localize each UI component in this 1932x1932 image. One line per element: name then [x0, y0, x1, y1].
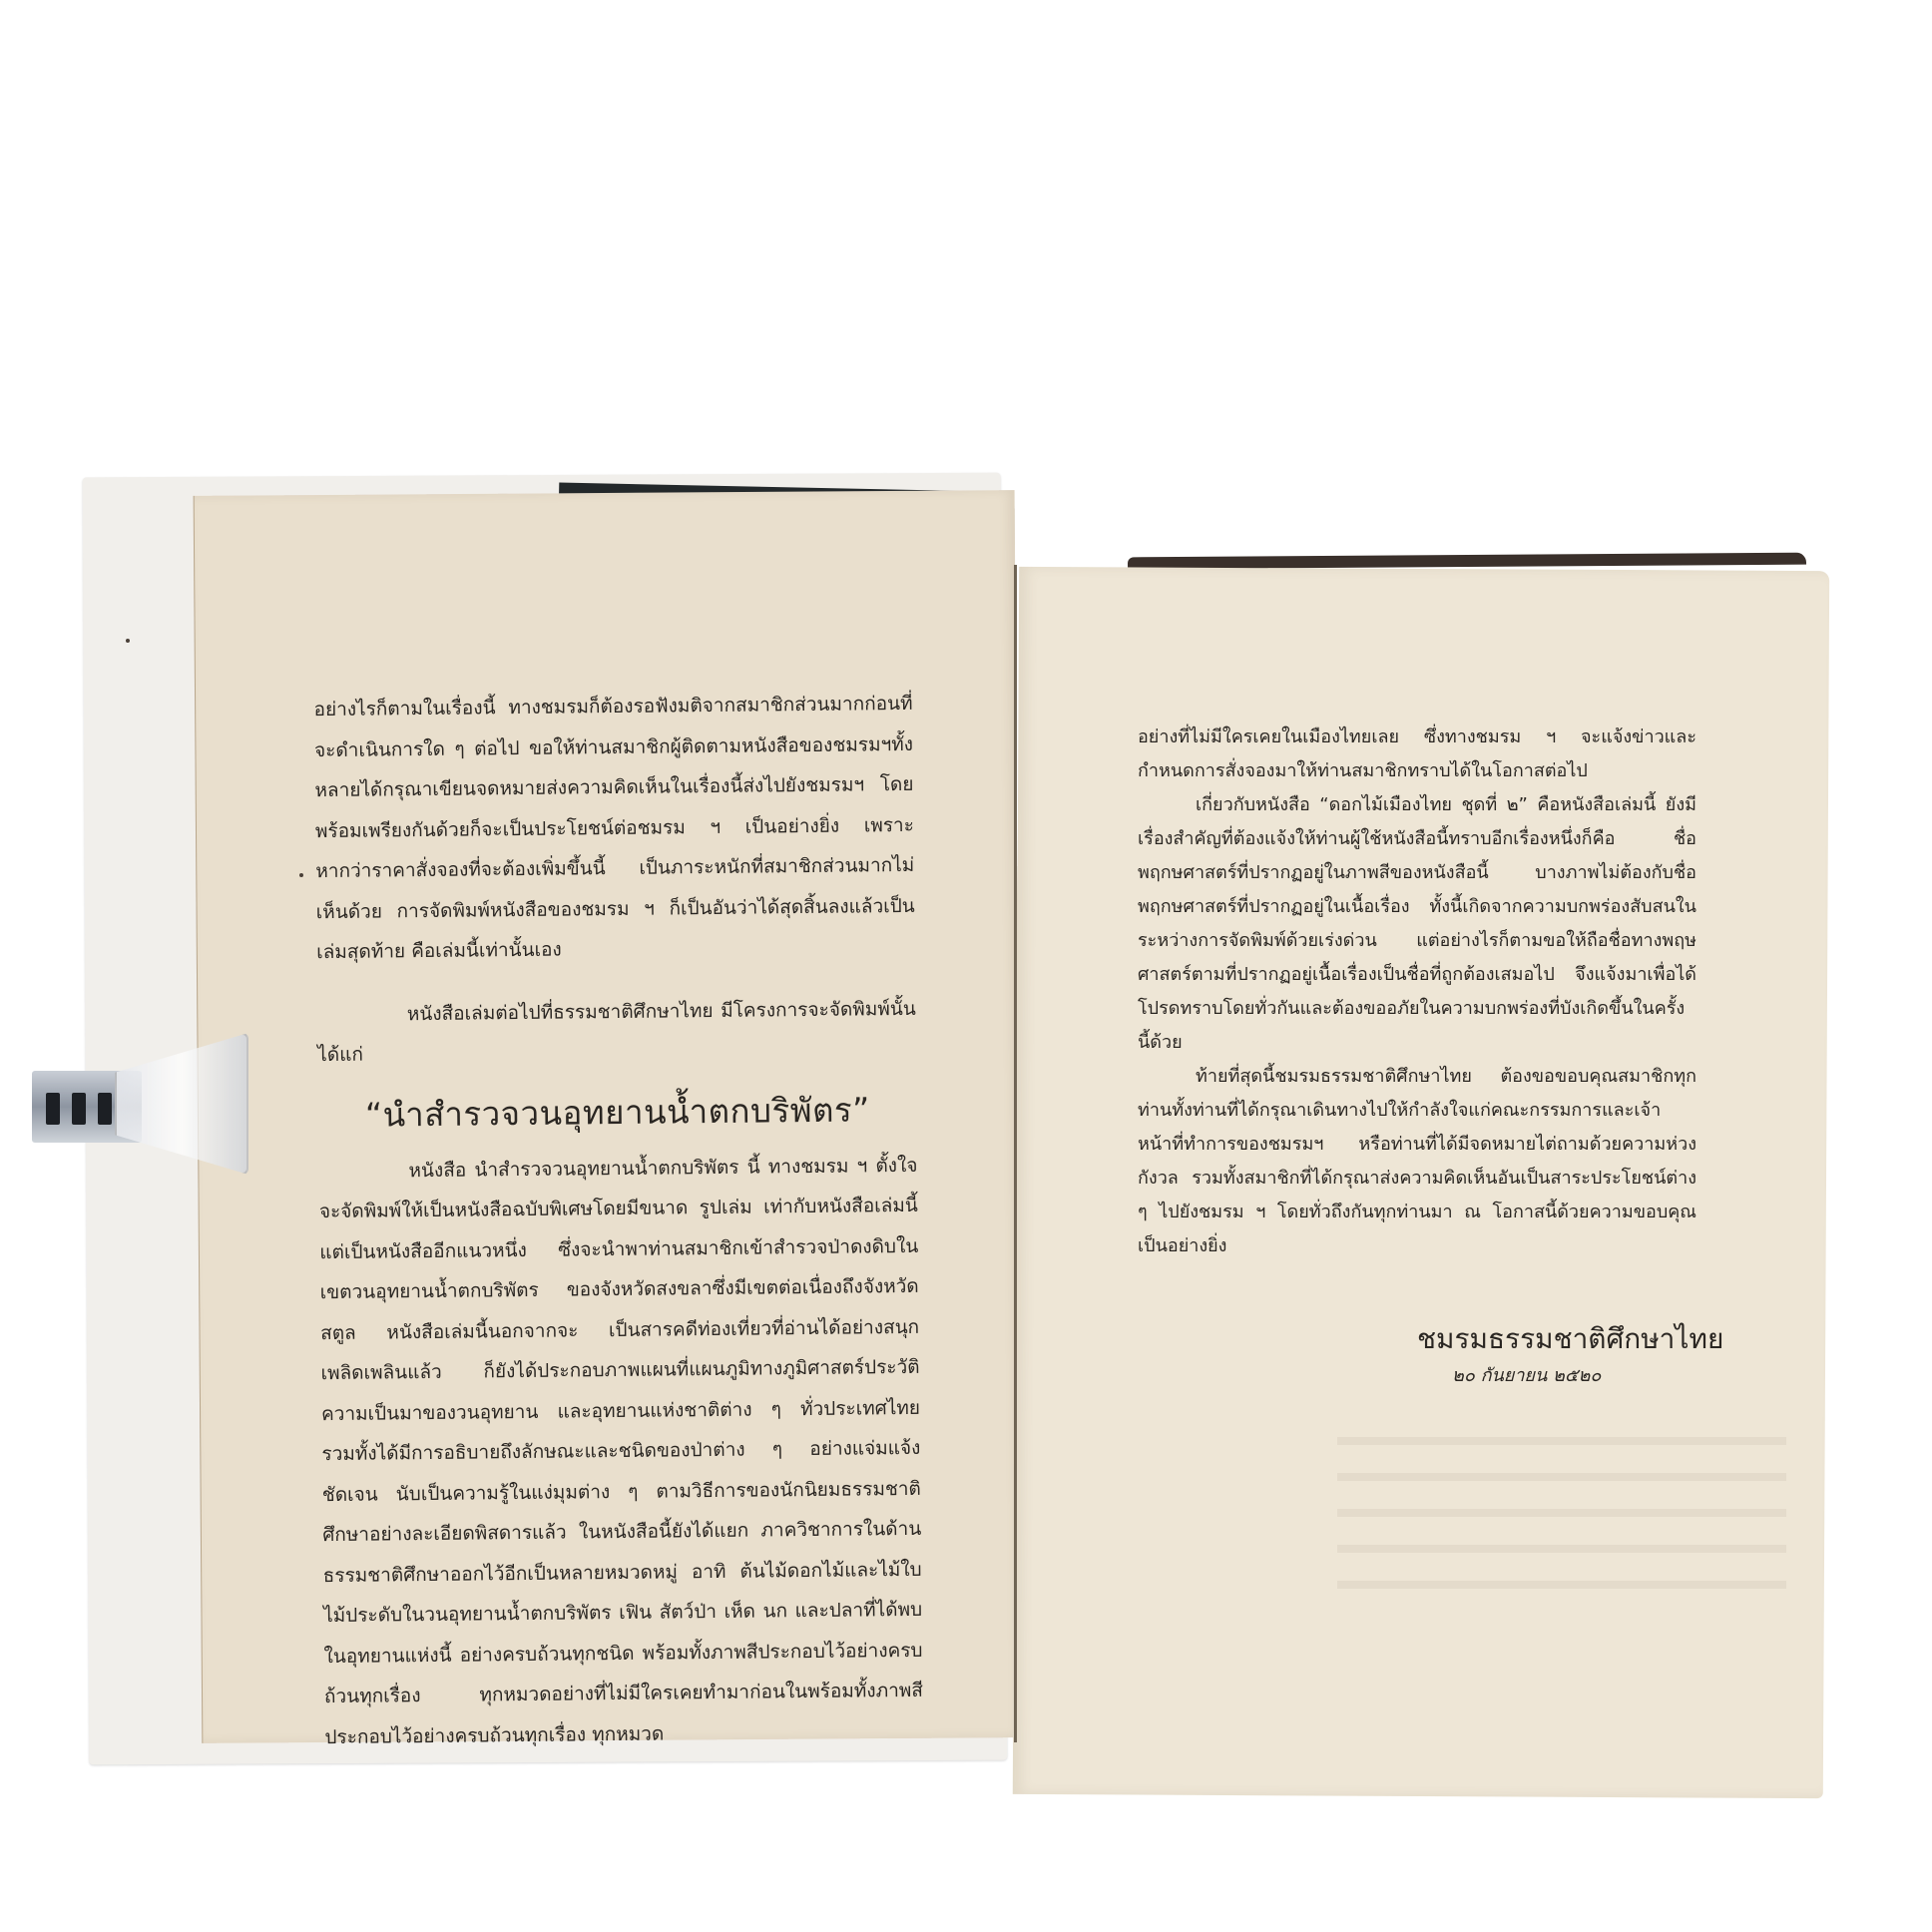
left-page-text: อย่างไรก็ตามในเรื่องนี้ ทางชมรมก็ต้องรอฟ… [313, 684, 923, 1757]
clip-slot [46, 1093, 60, 1125]
right-paragraph-1: อย่างที่ไม่มีใครเคยในเมืองไทยเลย ซึ่งทาง… [1138, 721, 1696, 788]
right-paragraph-2: เกี่ยวกับหนังสือ “ดอกไม้เมืองไทย ชุดที่ … [1138, 788, 1696, 1060]
book-clip-icon [20, 1033, 220, 1173]
left-paragraph-2: หนังสือเล่มต่อไปที่ธรรมชาติศึกษาไทย มีโค… [317, 988, 917, 1075]
clip-slot [72, 1093, 86, 1125]
right-page-text: อย่างที่ไม่มีใครเคยในเมืองไทยเลย ซึ่งทาง… [1138, 721, 1696, 1263]
right-paragraph-3: ท้ายที่สุดนี้ชมรมธรรมชาติศึกษาไทย ต้องขอ… [1138, 1060, 1696, 1263]
left-paragraph-1: อย่างไรก็ตามในเรื่องนี้ ทางชมรมก็ต้องรอฟ… [313, 684, 915, 973]
clip-plastic [115, 1033, 248, 1175]
book-gutter [1014, 565, 1017, 1742]
paper-speck [299, 873, 303, 877]
signature-date: ๒๐ กันยายน ๒๕๒๐ [1452, 1360, 1601, 1389]
left-paragraph-3: หนังสือ นำสำรวจวนอุทยานน้ำตกบริพัตร นี้ … [318, 1145, 923, 1757]
show-through-text [1337, 1437, 1786, 1607]
clip-slot [98, 1093, 112, 1125]
section-title: “นำสำรวจวนอุทยานน้ำตกบริพัตร” [318, 1087, 917, 1137]
paper-speck [126, 639, 130, 643]
right-cover-top-edge [1128, 553, 1806, 570]
signature: ชมรมธรรมชาติศึกษาไทย [1417, 1317, 1723, 1361]
